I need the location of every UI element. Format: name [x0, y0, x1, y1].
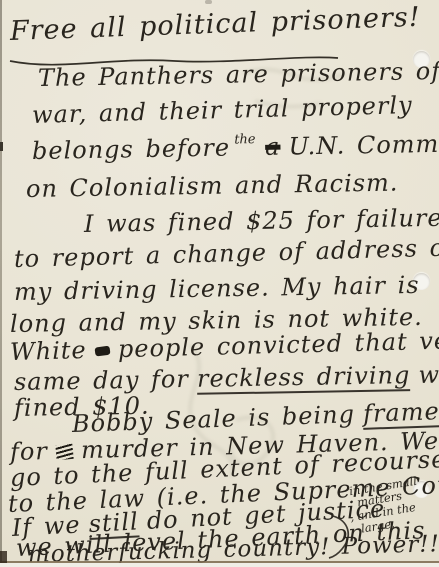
- line-text: for: [10, 439, 48, 464]
- bottom-left-corner-shadow: [0, 551, 7, 563]
- struck-out-word: a: [265, 135, 281, 159]
- inserted-word: the: [234, 133, 256, 146]
- scribble-scratch: [55, 444, 73, 461]
- page-left-edge-shadow: [0, 0, 2, 567]
- handwriting-line: my driving license. My hair is: [14, 273, 420, 304]
- line-text: White: [10, 338, 87, 364]
- handwriting-line-headline: Free all political prisoners!: [10, 4, 421, 45]
- handwriting-line: on Colonialism and Racism.: [26, 171, 399, 201]
- scan-background-strip: [0, 563, 439, 567]
- handwriting-line: to report a change of address on: [14, 235, 439, 271]
- line-text: war, and their trial properly: [32, 93, 413, 127]
- handwriting-line: war, and their trial properly: [32, 93, 413, 127]
- underlined-phrase: framed: [363, 399, 439, 430]
- note-paper: Free all political prisoners! The Panthe…: [0, 0, 439, 567]
- handwriting-line: I was fined $25 for failure: [84, 206, 439, 236]
- line-text: I was fined $25 for failure: [84, 206, 439, 236]
- line-text: on Colonialism and Racism.: [26, 171, 399, 201]
- top-edge-speck: [205, 0, 212, 4]
- line-text: my driving license. My hair is: [14, 273, 420, 304]
- line-text: belongs before: [32, 136, 230, 163]
- handwriting-line: belongs beforetheaU.N. Committee: [32, 131, 439, 163]
- left-edge-ink-mark: [0, 142, 3, 151]
- handwriting-line: The Panthers are prisoners of: [38, 59, 439, 90]
- underlined-phrase: reckless driving: [197, 363, 411, 395]
- line-text: The Panthers are prisoners of: [38, 59, 439, 90]
- line-text: were: [418, 362, 439, 387]
- headline-text: Free all political prisoners!: [10, 4, 421, 45]
- scribble-blot: [94, 346, 110, 357]
- line-text: to report a change of address on: [14, 235, 439, 271]
- line-text: U.N. Committee: [288, 131, 439, 159]
- line-text: same day for: [14, 367, 189, 394]
